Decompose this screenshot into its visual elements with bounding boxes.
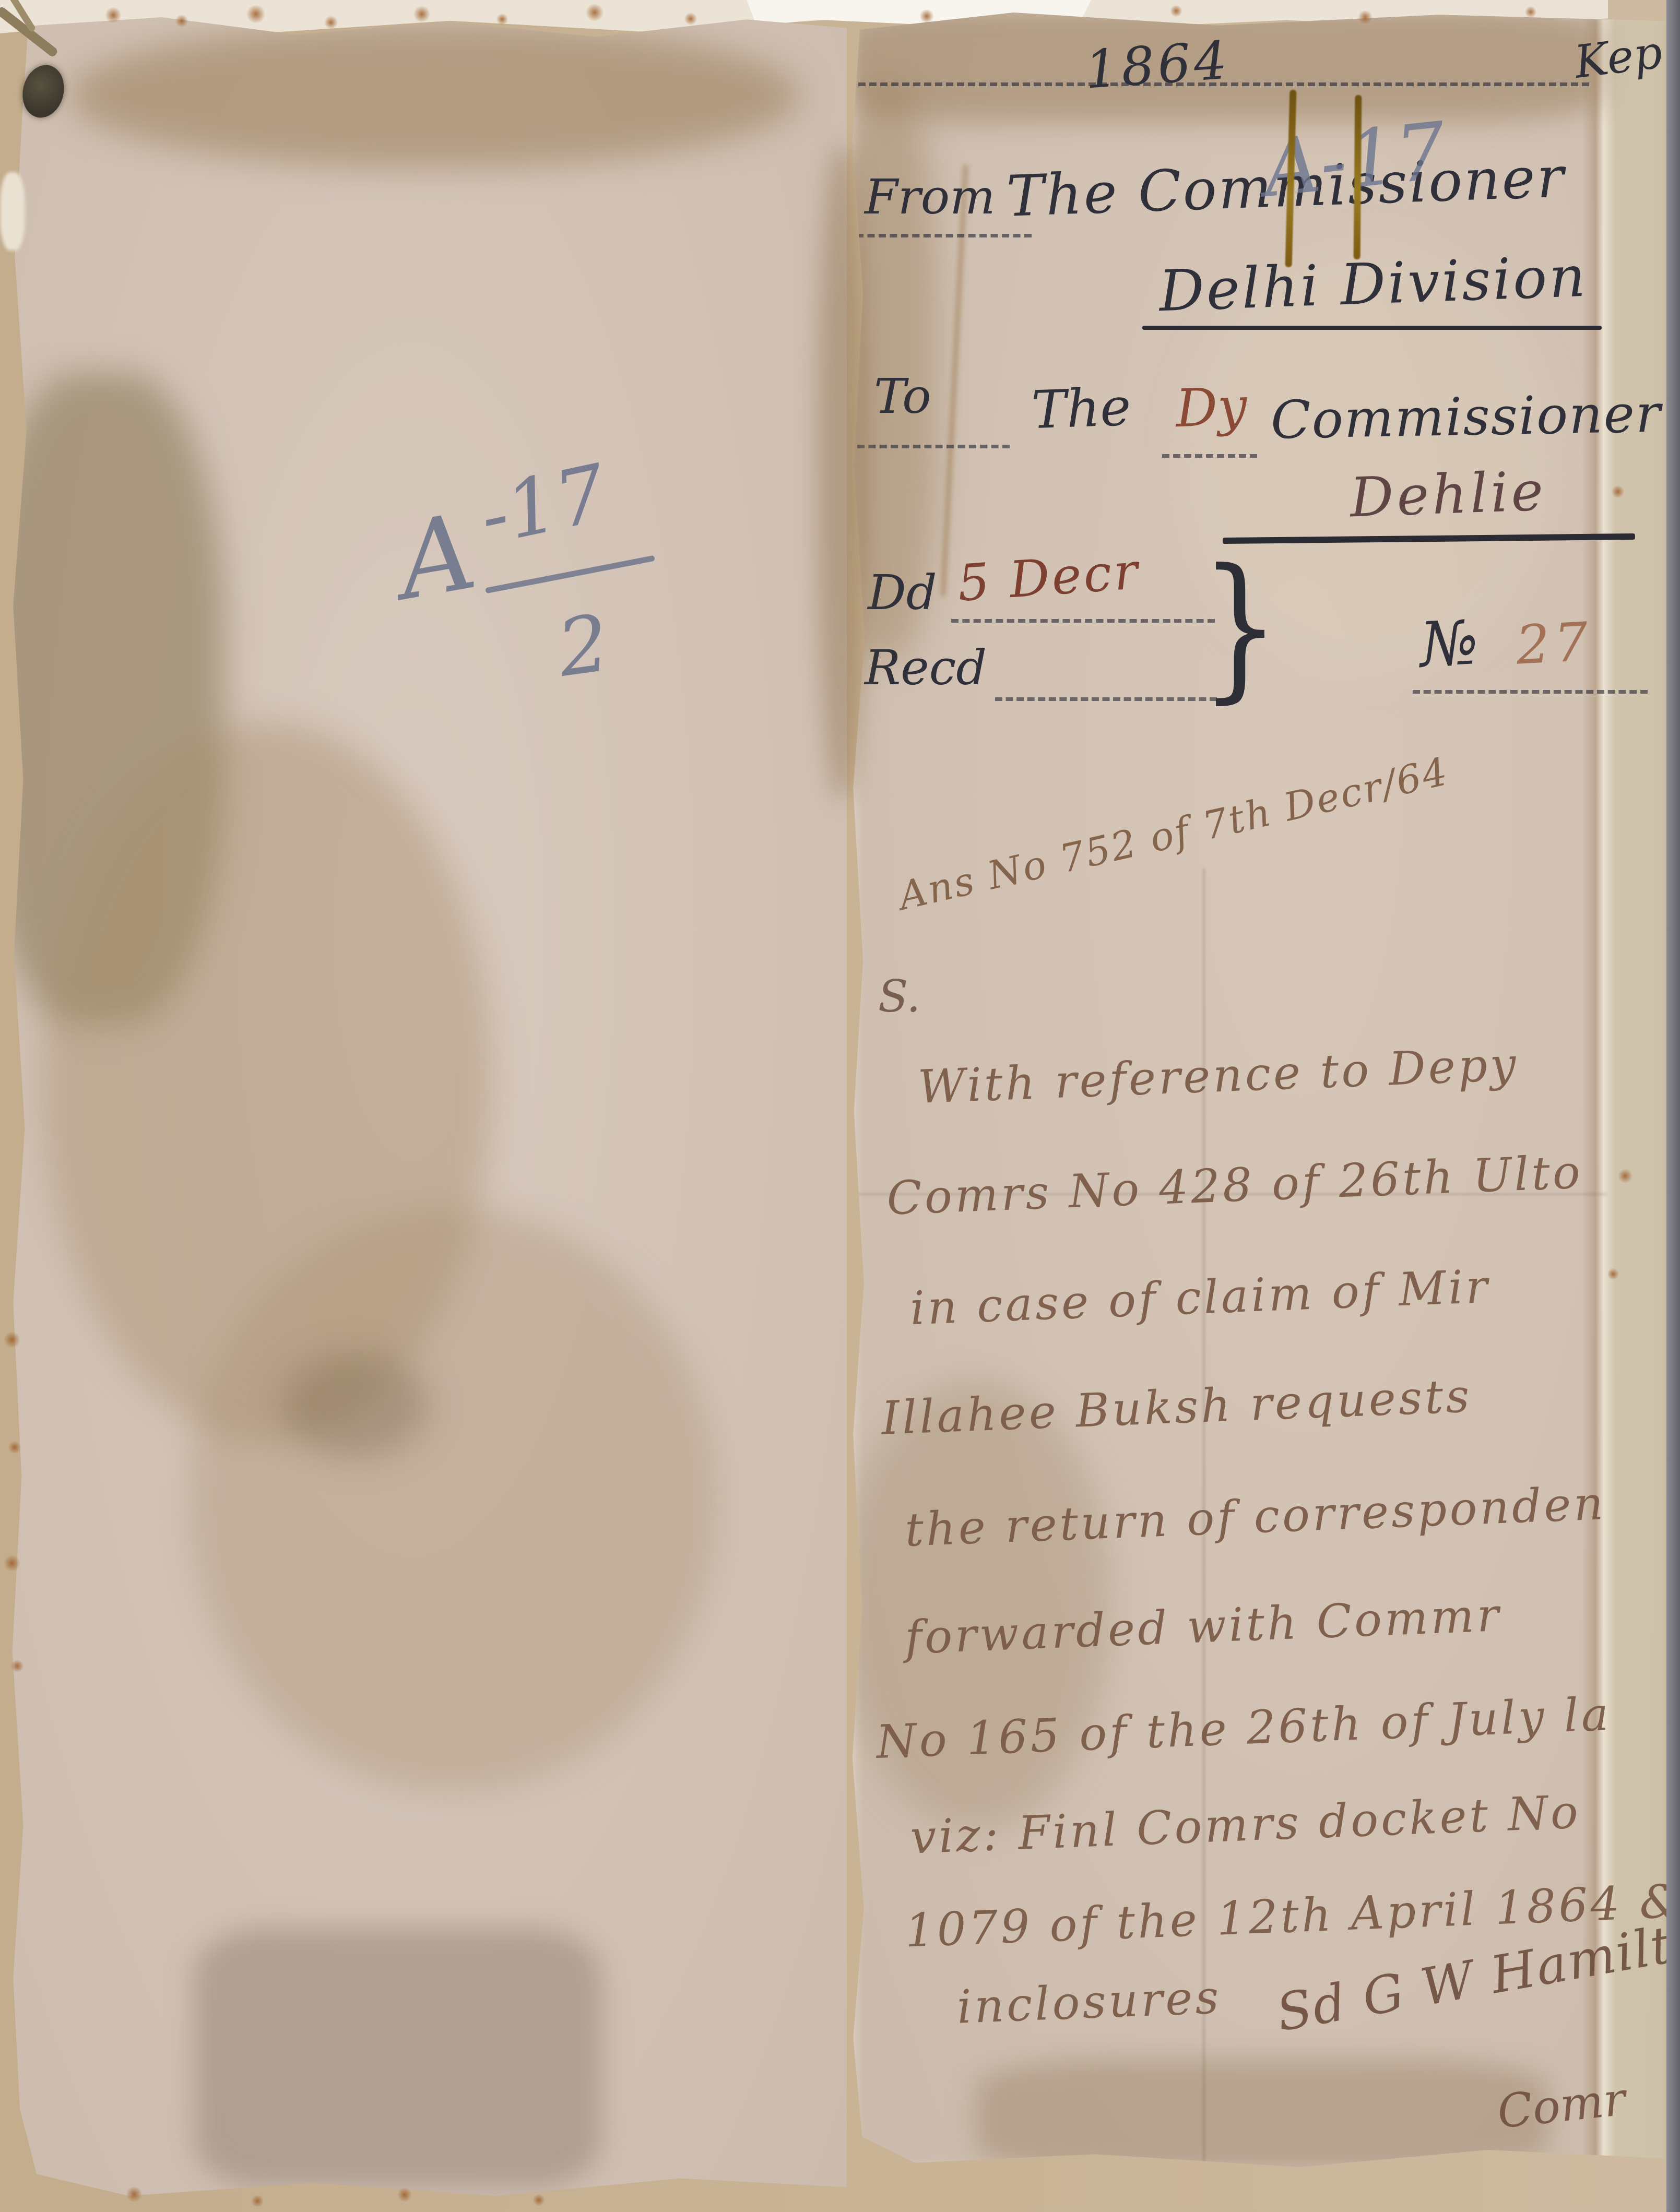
body-line: Comrs No 428 of 26th Ulto [886, 1145, 1584, 1225]
place-underline [1223, 533, 1635, 544]
received-label: Recd [865, 640, 987, 696]
from-value-line2: Delhi Division [1158, 244, 1589, 325]
dy-underline [1162, 454, 1257, 458]
foxing-spot [684, 13, 697, 25]
to-rule [857, 445, 1010, 448]
dated-rule [951, 619, 1215, 623]
dated-label: Dd [868, 565, 937, 621]
to-value-place: Dehlie [1349, 459, 1547, 529]
foxing-spot [585, 4, 605, 21]
water-stain [43, 722, 492, 1442]
foxing-spot [919, 9, 934, 23]
received-rule [995, 697, 1217, 701]
body-line: inclosures [956, 1970, 1222, 2033]
stain-streak [940, 164, 968, 597]
from-label: From [865, 169, 995, 225]
water-stain [69, 22, 800, 169]
water-stain [0, 372, 226, 1025]
foxing-spot [251, 2195, 264, 2207]
foxing-spot [1357, 10, 1373, 24]
number-value: 27 [1515, 611, 1594, 676]
ink-stroke [1354, 95, 1362, 259]
foxing-spot [533, 2194, 545, 2206]
foxing-spot [1617, 1169, 1633, 1183]
pencil-mark-a: A [389, 491, 484, 624]
salutation-text: S. [878, 971, 920, 1022]
letter-page: 1864 Kep A-17 From The Commissioner Delh… [850, 13, 1667, 2167]
body-line: No 165 of the 26th of July la [876, 1687, 1612, 1769]
body-line: Illahee Buksh requests [880, 1369, 1473, 1445]
water-stain [194, 1928, 601, 2189]
pencil-mark-17: -17 [472, 448, 614, 563]
foxing-spot [3, 1555, 21, 1571]
foxing-spot [4, 1331, 20, 1349]
foxing-spot [1524, 6, 1537, 18]
number-label: № [1418, 606, 1480, 681]
answer-note-text: Ans No 752 of 7th Decr/64 [894, 749, 1452, 919]
foxing-spot [10, 1660, 24, 1672]
left-blank-page: A -17 2 [11, 17, 847, 2196]
foxing-spot [245, 5, 266, 23]
docket-brace: } [1200, 536, 1280, 718]
signer-title-text: Comr [1495, 2072, 1628, 2138]
foxing-spot [175, 15, 188, 27]
foxing-spot [1611, 485, 1625, 498]
water-stain [189, 1207, 716, 1792]
foxing-spot [397, 2188, 412, 2202]
torn-edge-notch [0, 172, 25, 251]
foxing-spot [1607, 1268, 1619, 1280]
year-text: 1864 [1083, 29, 1232, 100]
foxing-spot [104, 7, 122, 23]
scanned-letter-page: A -17 2 1864 Kep A-17 From The Commissio… [0, 0, 1680, 2212]
to-value-dy: Dy [1175, 376, 1248, 439]
dated-value: 5 Decr [956, 542, 1142, 613]
scan-background-edge [1666, 0, 1680, 2212]
foxing-spot [1169, 5, 1183, 17]
body-line: forwarded with Commr [904, 1588, 1502, 1664]
water-stain [283, 1353, 429, 1458]
from-rule [856, 234, 1032, 237]
pencil-fraction-bar [485, 555, 655, 594]
kept-note-text: Kep [1572, 26, 1665, 89]
body-line: With reference to Depy [917, 1037, 1519, 1114]
foxing-spot [324, 16, 338, 29]
foxing-spot [125, 2187, 143, 2202]
body-line: the return of corresponden [904, 1476, 1607, 1556]
foxing-spot [8, 1441, 21, 1454]
foxing-spot [412, 6, 431, 22]
to-value-the: The [1031, 376, 1132, 441]
body-line: viz: Finl Comrs docket No [909, 1785, 1581, 1864]
foxing-spot [496, 14, 508, 25]
body-line: in case of claim of Mir [909, 1259, 1491, 1336]
pencil-mark-2: 2 [552, 598, 614, 695]
from-underline [1142, 326, 1602, 330]
to-value-commissioner: Commissioner [1270, 383, 1662, 450]
to-label: To [874, 368, 931, 424]
number-rule [1413, 690, 1648, 694]
gutter-stain [817, 146, 867, 799]
